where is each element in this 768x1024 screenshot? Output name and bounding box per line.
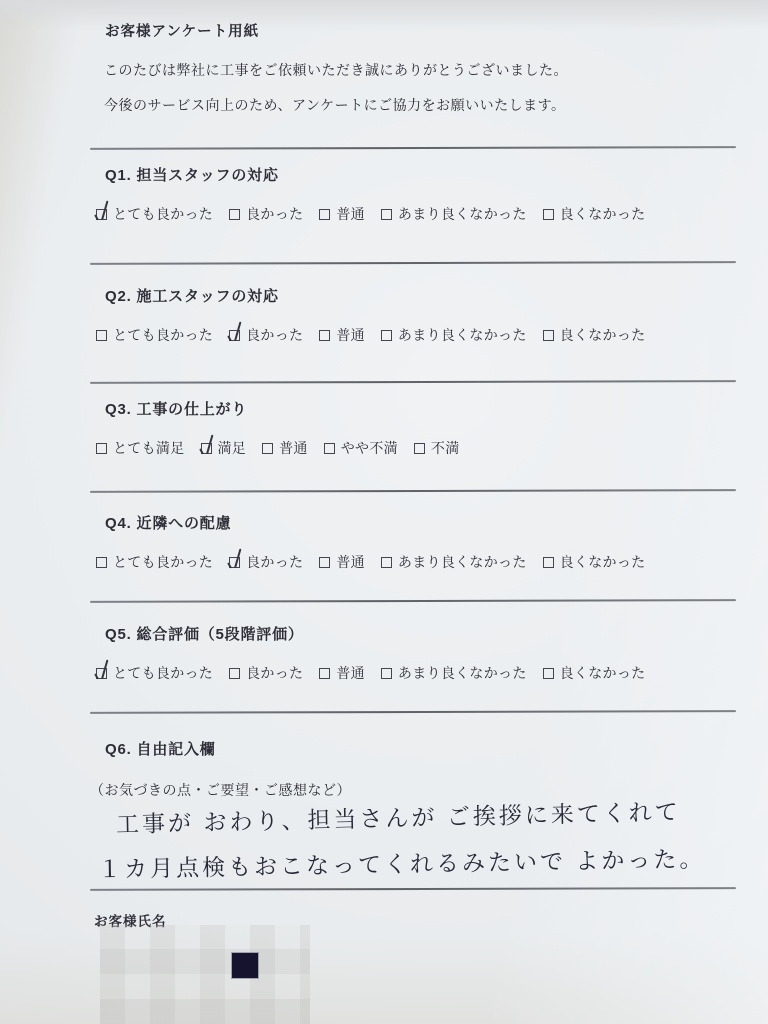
survey-option: あまり良くなかった — [381, 204, 527, 224]
checkbox-unchecked — [543, 330, 554, 341]
option-label: やや不満 — [341, 438, 398, 458]
survey-option: とても良かった — [96, 663, 213, 683]
survey-option: 良かった — [229, 552, 303, 572]
option-label: とても良かった — [113, 552, 213, 572]
option-label: あまり良くなかった — [398, 204, 527, 224]
option-label: とても良かった — [113, 204, 213, 224]
checkbox-unchecked — [229, 209, 240, 220]
options-row: とても満足満足普通やや不満不満 — [96, 438, 460, 458]
checkbox-unchecked — [262, 443, 273, 454]
survey-option: あまり良くなかった — [381, 552, 527, 572]
checkbox-unchecked — [319, 668, 330, 679]
checkbox-unchecked — [96, 443, 107, 454]
survey-option: 良かった — [229, 325, 303, 345]
checkbox-unchecked — [324, 443, 335, 454]
checkbox-checked — [201, 443, 212, 454]
survey-option: 不満 — [414, 438, 460, 458]
checkbox-unchecked — [319, 557, 330, 568]
handwritten-comment-line-2: １カ月点検もおこなってくれるみたいで よかった。 — [98, 841, 706, 885]
options-row: とても良かった良かった普通あまり良くなかった良くなかった — [96, 204, 645, 224]
checkbox-unchecked — [96, 330, 107, 341]
survey-option: 普通 — [319, 663, 365, 683]
option-label: とても良かった — [113, 325, 213, 345]
checkbox-unchecked — [96, 557, 107, 568]
option-label: とても良かった — [113, 663, 213, 683]
options-row: とても良かった良かった普通あまり良くなかった良くなかった — [96, 552, 645, 572]
survey-option: やや不満 — [324, 438, 398, 458]
free-entry-note: （お気づきの点・ご要望・ご感想など） — [90, 780, 351, 800]
option-label: 普通 — [336, 552, 365, 572]
checkbox-checked — [229, 557, 240, 568]
checkbox-unchecked — [543, 557, 554, 568]
question-label-q6: Q6. 自由記入欄 — [105, 738, 216, 759]
checkbox-unchecked — [319, 330, 330, 341]
question-label: Q2. 施工スタッフの対応 — [105, 285, 279, 306]
survey-option: 良かった — [229, 663, 303, 683]
survey-option: とても良かった — [96, 204, 213, 224]
question-block: Q5. 総合評価（5段階評価） とても良かった良かった普通あまり良くなかった良く… — [0, 623, 768, 723]
options-row: とても良かった良かった普通あまり良くなかった良くなかった — [96, 325, 645, 345]
survey-form-photo: お客様アンケート用紙 このたびは弊社に工事をご依頼いただき誠にありがとうございま… — [0, 0, 768, 1024]
question-block: Q2. 施工スタッフの対応 とても良かった良かった普通あまり良くなかった良くなか… — [0, 285, 768, 385]
checkbox-checked — [96, 209, 107, 220]
option-label: 良くなかった — [560, 663, 646, 683]
survey-option: 良くなかった — [543, 552, 646, 572]
question-block: Q4. 近隣への配慮 とても良かった良かった普通あまり良くなかった良くなかった — [0, 512, 768, 612]
option-label: 良かった — [246, 204, 303, 224]
option-label: あまり良くなかった — [398, 552, 527, 572]
checkbox-unchecked — [381, 557, 392, 568]
redaction-square — [232, 953, 258, 978]
survey-option: 普通 — [319, 552, 365, 572]
survey-option: あまり良くなかった — [381, 663, 527, 683]
survey-option: 良くなかった — [543, 325, 646, 345]
option-label: 不満 — [431, 438, 460, 458]
question-label: Q4. 近隣への配慮 — [105, 512, 231, 533]
question-block: Q3. 工事の仕上がり とても満足満足普通やや不満不満 — [0, 398, 768, 498]
checkbox-checked — [96, 668, 107, 679]
survey-option: 普通 — [319, 204, 365, 224]
checkbox-unchecked — [381, 330, 392, 341]
survey-option: とても良かった — [96, 552, 213, 572]
option-label: 満足 — [218, 438, 247, 458]
handwritten-comment-line-1: 工事が おわり、担当さんが ご挨拶に来てくれて — [116, 794, 681, 840]
survey-option: とても良かった — [96, 325, 213, 345]
survey-option: 良くなかった — [543, 663, 646, 683]
checkbox-unchecked — [543, 668, 554, 679]
section-divider — [90, 887, 736, 891]
survey-option: 良かった — [229, 204, 303, 224]
question-block: Q1. 担当スタッフの対応 とても良かった良かった普通あまり良くなかった良くなか… — [0, 164, 768, 264]
option-label: 良くなかった — [560, 204, 646, 224]
option-label: あまり良くなかった — [398, 325, 527, 345]
form-title: お客様アンケート用紙 — [105, 20, 259, 41]
intro-line-2: 今後のサービス向上のため、アンケートにご協力をお願いいたします。 — [104, 95, 565, 115]
survey-option: 普通 — [319, 325, 365, 345]
question-label: Q5. 総合評価（5段階評価） — [105, 623, 304, 644]
option-label: 良かった — [246, 552, 303, 572]
option-label: 普通 — [336, 204, 365, 224]
checkbox-unchecked — [319, 209, 330, 220]
survey-option: あまり良くなかった — [381, 325, 527, 345]
survey-option: 普通 — [262, 438, 308, 458]
option-label: 良くなかった — [560, 552, 646, 572]
redacted-name-blur — [100, 925, 310, 1024]
option-label: 普通 — [336, 663, 365, 683]
option-label: あまり良くなかった — [398, 663, 527, 683]
option-label: 普通 — [336, 325, 365, 345]
checkbox-unchecked — [381, 668, 392, 679]
option-label: 普通 — [279, 438, 308, 458]
checkbox-unchecked — [381, 209, 392, 220]
survey-option: 良くなかった — [543, 204, 646, 224]
option-label: 良かった — [246, 663, 303, 683]
question-label: Q1. 担当スタッフの対応 — [105, 164, 279, 185]
option-label: 良くなかった — [560, 325, 646, 345]
survey-option: 満足 — [201, 438, 247, 458]
option-label: 良かった — [246, 325, 303, 345]
question-label: Q3. 工事の仕上がり — [105, 398, 247, 419]
section-divider — [90, 146, 736, 150]
intro-line-1: このたびは弊社に工事をご依頼いただき誠にありがとうございました。 — [104, 60, 568, 80]
survey-option: とても満足 — [96, 438, 185, 458]
checkbox-unchecked — [229, 668, 240, 679]
option-label: とても満足 — [113, 438, 185, 458]
checkbox-unchecked — [414, 443, 425, 454]
options-row: とても良かった良かった普通あまり良くなかった良くなかった — [96, 663, 645, 683]
checkbox-checked — [229, 330, 240, 341]
checkbox-unchecked — [543, 209, 554, 220]
